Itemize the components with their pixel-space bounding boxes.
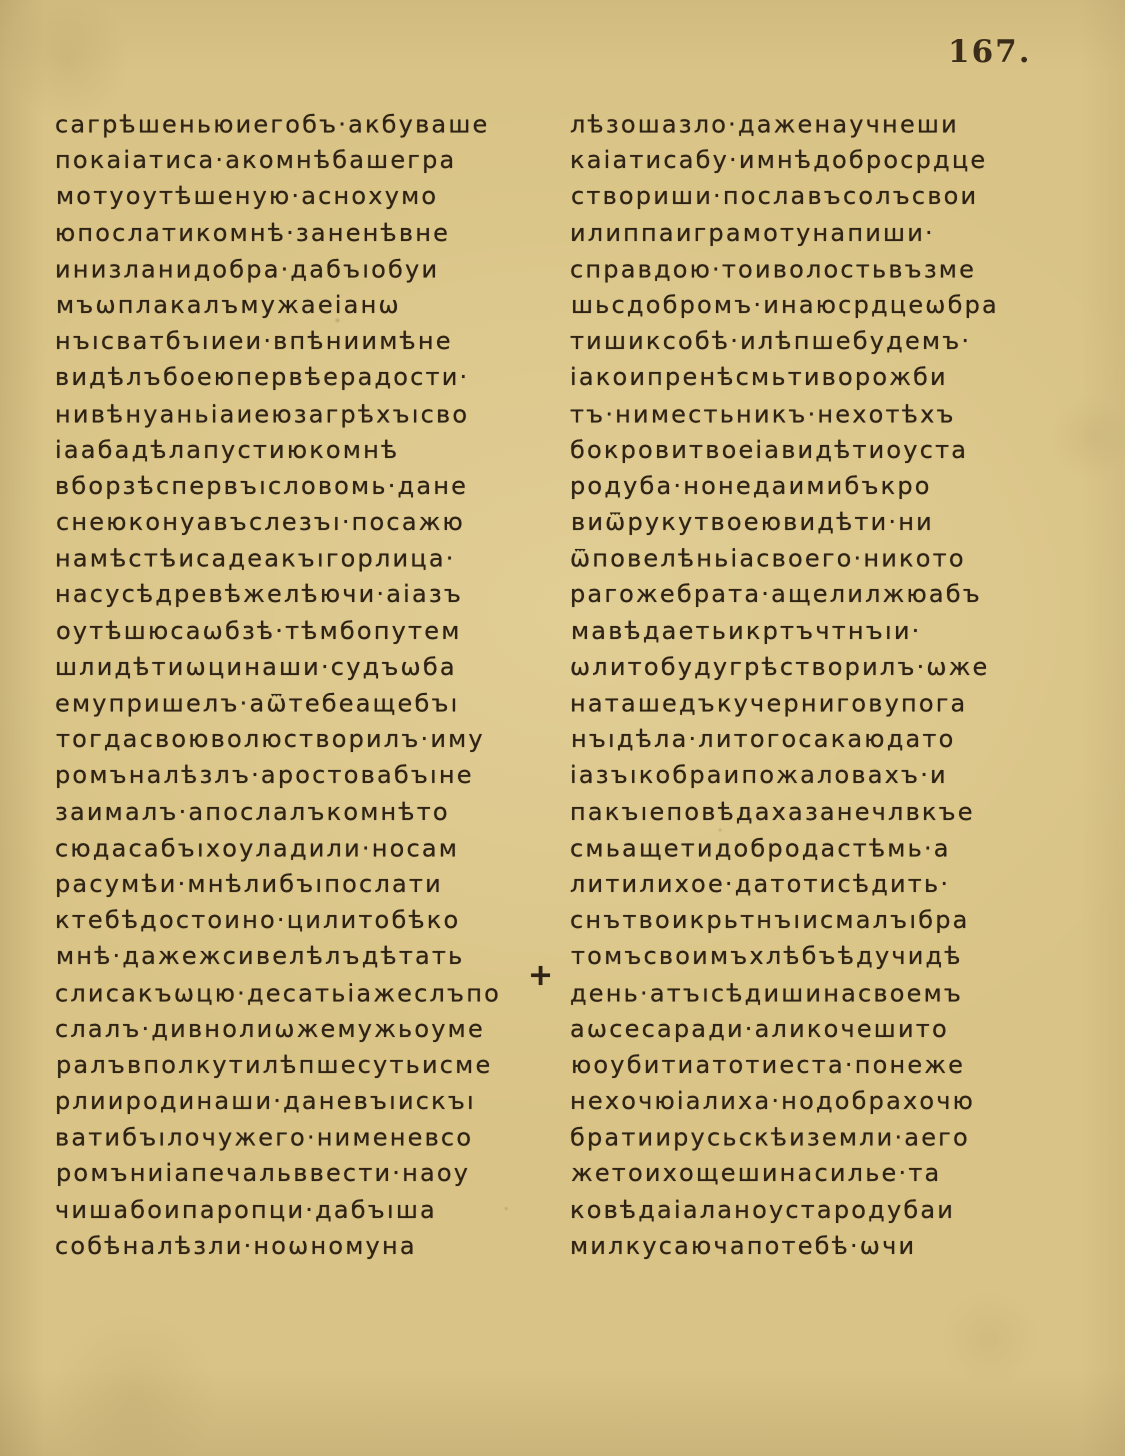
manuscript-text-line: виѿрукутвоеювидѣти·ни <box>571 504 1091 540</box>
manuscript-text-line: покаіатиса·акомнѣбашегра <box>55 142 550 178</box>
manuscript-text-line: ѡлитобудугрѣстворилъ·ѡже <box>570 649 1090 685</box>
manuscript-text-line: день·атъıсѣдишинасвоемъ <box>570 975 1090 1011</box>
manuscript-text-line: милкусаючапотебѣ·ѡчи <box>570 1228 1090 1264</box>
manuscript-text-line: мотуоутѣшеную·аснохумо <box>56 178 551 214</box>
manuscript-text-line: снеюконуавъслезъı·посажю <box>56 504 551 540</box>
manuscript-text-line: нехочюіалиха·нодобрахочю <box>570 1083 1090 1119</box>
manuscript-text-line: бокровитвоеіавидѣтиоуста <box>570 432 1090 468</box>
manuscript-text-line: тогдасвоюволюстворилъ·иму <box>56 721 551 757</box>
manuscript-text-line: ралъвполкутилѣпшесутьисме <box>56 1047 551 1083</box>
manuscript-text-line: ковѣдаіаланоустародубаи <box>570 1192 1090 1228</box>
manuscript-text-line: тъ·ниместьникъ·нехотѣхъ <box>570 396 1090 432</box>
manuscript-text-line: илиппаиграмотунапиши· <box>570 215 1090 251</box>
manuscript-text-line: намѣстѣисадеакъıгорлица· <box>55 541 550 577</box>
manuscript-text-line: ктебѣдостоино·цилитобѣко <box>55 902 550 938</box>
manuscript-text-line: іакоипренѣсмьтиворожби <box>570 359 1090 395</box>
manuscript-text-line: снътвоикрьтнъıисмалъıбра <box>570 902 1090 938</box>
manuscript-text-line: слалъ·дивнолиѡжемужьоуме <box>55 1011 550 1047</box>
manuscript-text-line: лѣзошазло·даженаучнеши <box>570 107 1090 143</box>
manuscript-text-line: ромъниіапечальввести·наоу <box>56 1155 551 1191</box>
manuscript-text-line: насусѣдревѣжелѣючи·аіазъ <box>55 576 550 612</box>
manuscript-text-line: чишабоипаропци·дабъıша <box>55 1192 550 1228</box>
manuscript-text-line: створиши·пославъсолъсвои <box>571 178 1091 214</box>
manuscript-text-line: оутѣшюсаѡбзѣ·тѣмбопутем <box>56 613 551 649</box>
manuscript-text-line: слисакъѡцю·десатьіажеслъпо <box>55 975 550 1011</box>
manuscript-text-line: рлииродинаши·даневъıискъı <box>55 1083 550 1119</box>
manuscript-text-line: мнѣ·дажежсивелѣлъдѣтать <box>56 938 551 974</box>
manuscript-text-line: сагрѣшеньюиегобъ·акбуваше <box>55 107 550 143</box>
page-number: 167. <box>948 34 1032 70</box>
manuscript-text-line: родуба·нонедаимибъкро <box>570 468 1090 504</box>
manuscript-text-line: заималъ·апослалъкомнѣто <box>55 794 550 830</box>
manuscript-text-line: нъıсватбъıиеи·впѣниимѣне <box>55 323 550 359</box>
manuscript-text-line: сюдасабъıхоуладили·носам <box>55 830 550 866</box>
manuscript-text-line: аѡсесаради·аликочешито <box>570 1011 1090 1047</box>
manuscript-text-line: ромъналѣзлъ·аростовабъıне <box>55 757 550 793</box>
manuscript-text-line: вборзѣспервъıсловомь·дане <box>55 468 550 504</box>
manuscript-text-line: литилихое·датотисѣдить· <box>570 866 1090 902</box>
manuscript-text-line: жетоихощешинасилье·та <box>571 1155 1091 1191</box>
manuscript-text-line: расумѣи·мнѣлибъıпослати <box>55 866 550 902</box>
manuscript-text-line: тишиксобѣ·илѣпшебудемъ· <box>570 323 1090 359</box>
manuscript-text-line: юоубитиатотиеста·понеже <box>571 1047 1091 1083</box>
manuscript-text-line: нъıдѣла·литогосакаюдато <box>571 721 1091 757</box>
manuscript-text-line: томъсвоимъхлѣбъѣдучидѣ <box>571 938 1091 974</box>
manuscript-text-line: шлидѣтиѡцинаши·судъѡба <box>55 649 550 685</box>
manuscript-text-line: іаабадѣлапустиюкомнѣ <box>55 432 550 468</box>
manuscript-text-line: каіатисабу·имнѣдобросрдце <box>570 142 1090 178</box>
manuscript-text-line: мавѣдаетьикртъчтнъıи· <box>571 613 1091 649</box>
manuscript-right-column: лѣзошазло·даженаучнешикаіатисабу·имнѣдоб… <box>570 106 1090 1264</box>
manuscript-text-line: пакъıеповѣдахазанечлвкъе <box>570 794 1090 830</box>
manuscript-text-line: нивѣнуаньіаиеюзагрѣхъıсво <box>55 396 550 432</box>
manuscript-text-line: мъѡплакалъмужаеіанѡ <box>56 287 551 323</box>
manuscript-text-line: собѣналѣзли·ноѡномуна <box>55 1228 550 1264</box>
marginal-cross-mark: + <box>528 958 553 993</box>
manuscript-text-line: видѣлъбоеюпервѣерадости· <box>55 359 550 395</box>
manuscript-page: 167. сагрѣшеньюиегобъ·акбувашепокаіатиса… <box>0 0 1125 1456</box>
manuscript-text-line: іазъıкобраипожаловахъ·и <box>570 757 1090 793</box>
manuscript-text-line: шьсдобромъ·инаюсрдцеѡбра <box>571 287 1091 323</box>
manuscript-text-line: справдою·тоиволостьвъзме <box>570 251 1090 287</box>
manuscript-text-line: емупришелъ·аѿтебеащебъı <box>55 686 550 722</box>
manuscript-text-line: ватибъıлочужего·нименевсо <box>55 1120 550 1156</box>
manuscript-text-line: смьащетидобродастѣмь·а <box>570 830 1090 866</box>
manuscript-text-line: наташедъкучерниговупога <box>570 686 1090 722</box>
manuscript-text-line: инизланидобра·дабъıобуи <box>55 251 550 287</box>
manuscript-left-column: сагрѣшеньюиегобъ·акбувашепокаіатиса·аком… <box>55 106 550 1264</box>
manuscript-text-line: братиирусьскѣиземли·аего <box>570 1120 1090 1156</box>
manuscript-text-line: ѿповелѣньіасвоего·никото <box>570 541 1090 577</box>
manuscript-text-line: юпослатикомнѣ·заненѣвне <box>55 215 550 251</box>
manuscript-text-line: рагожебрата·ащелилжюабъ <box>570 576 1090 612</box>
